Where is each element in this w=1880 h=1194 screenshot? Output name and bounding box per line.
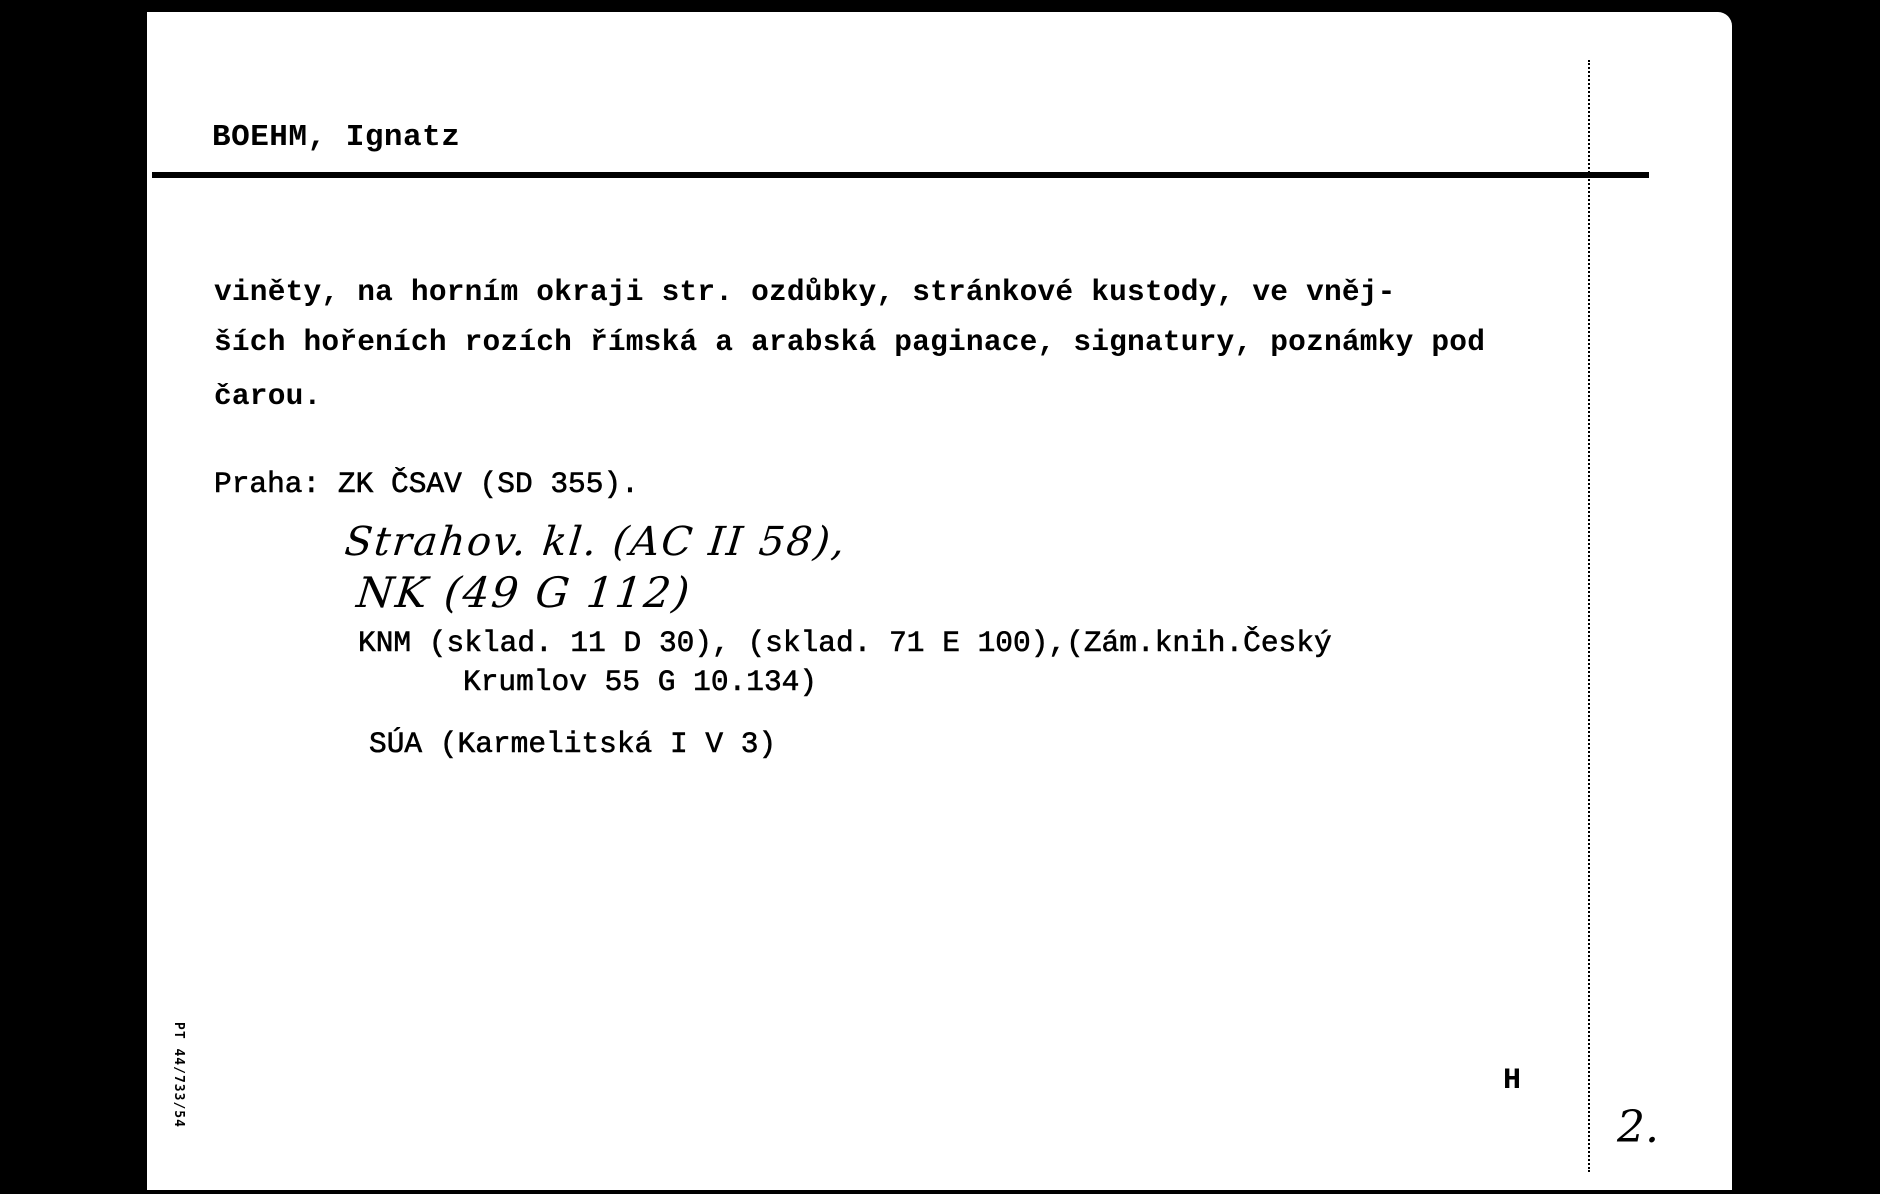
vertical-reference-code: PT 44/733/54 [171, 1022, 186, 1128]
heading-rule [152, 172, 1649, 178]
margin-dotted-line [1588, 60, 1590, 1172]
location-praha: Praha: ZK ČSAV (SD 355). [214, 470, 639, 500]
letter-mark: H [1503, 1064, 1521, 1098]
location-knm-line-2: Krumlov 55 G 10.134) [463, 668, 817, 698]
location-knm-line-1: KNM (sklad. 11 D 30), (sklad. 71 E 100),… [358, 629, 1332, 659]
description-line-1: viněty, na horním okraji str. ozdůbky, s… [214, 278, 1396, 308]
catalog-card: BOEHM, Ignatz viněty, na horním okraji s… [147, 12, 1732, 1190]
handwritten-note-strahov: Strahov. kl. (AC II 58), [343, 522, 849, 562]
description-line-2: ších hořeních rozích římská a arabská pa… [214, 328, 1485, 358]
description-line-3: čarou. [214, 382, 321, 412]
page-number: 2. [1617, 1106, 1659, 1150]
handwritten-note-nk: NK (49 G 112) [355, 572, 694, 614]
location-sua: SÚA (Karmelitská I V 3) [369, 730, 776, 760]
card-heading: BOEHM, Ignatz [212, 120, 460, 155]
